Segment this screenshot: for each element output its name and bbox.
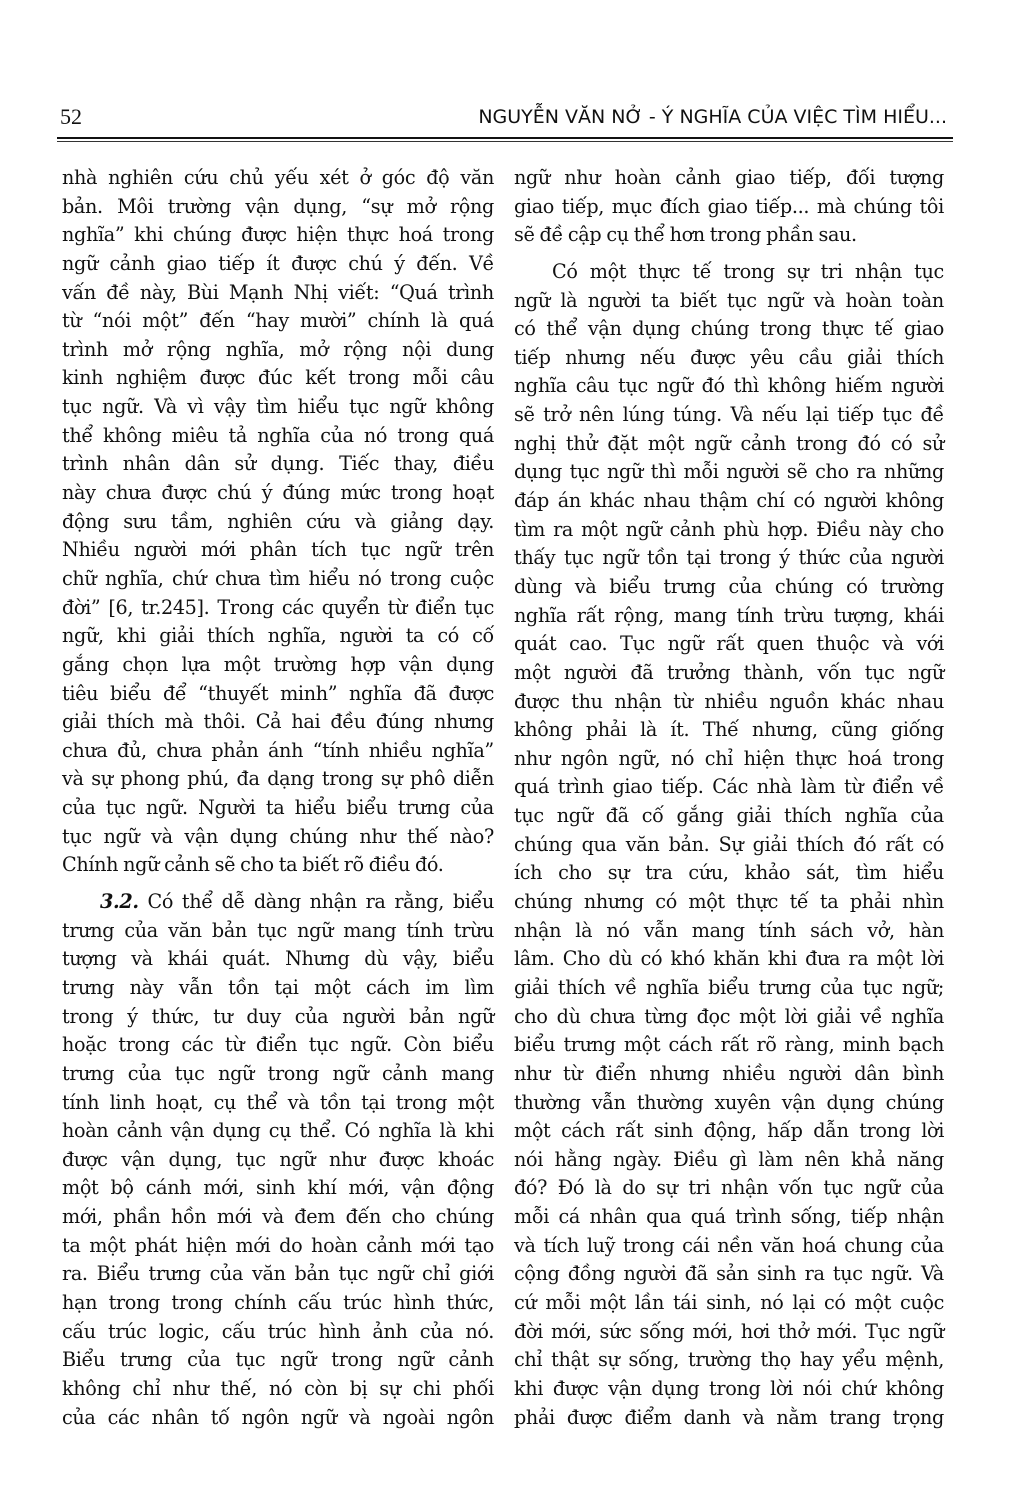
text-line: tụcngữ.Vàvìvậytìmhiểutụcngữkhông — [62, 393, 494, 422]
text-line: đó?Đólàdosựtrinhậnvốntụcngữcủa — [514, 1174, 944, 1203]
text-line: khôngphảilàít.Thếnhưng,cũnggiống — [514, 716, 944, 745]
text-line: vàtíchluỹtrongcáinềnvănhoáchungcủa — [514, 1232, 944, 1261]
text-line: hoàncảnhvậndụngcụthể.Cónghĩalàkhi — [62, 1117, 494, 1146]
paragraph-1: ngữnhưhoàncảnhgiaotiếp,đốitượnggiaotiếp,… — [514, 164, 944, 250]
text-line: nóihằngngày.Điềugìlàmnênkhảnăng — [514, 1146, 944, 1175]
text-line: bản.Môitrườngvậndụng,“sựmởrộng — [62, 193, 494, 222]
text-line: tiếpnhưngnếuđượcyêucầugiảithích — [514, 344, 944, 373]
text-line: vấnđềnày,BùiMạnhNhịviết:“Quátrình — [62, 279, 494, 308]
text-line: Nhiềungườimớiphântíchtụcngữtrên — [62, 536, 494, 565]
text-line: chỉthậtsựsống,trườngthọhayyểumệnh, — [514, 1346, 944, 1375]
text-line: quátrìnhgiaotiếp.Cácnhàlàmtừđiểnvề — [514, 773, 944, 802]
text-line: nhưtừđiểnnhưngnhiềungườidânbình — [514, 1060, 944, 1089]
text-line: củacácnhântốngônngữvàngoàingôn — [62, 1404, 494, 1433]
text-line: nhànghiêncứuchủyếuxétởgócđộvăn — [62, 164, 494, 193]
text-line: củatụcngữ.Ngườitahiểubiểutrưngcủa — [62, 794, 494, 823]
text-line: nhưngônngữ,nóchỉhiệnthựchoátrong — [514, 745, 944, 774]
text-line: trongýthức,tưduycủangườibảnngữ — [62, 1003, 494, 1032]
text-line: Biểutrưngcủatụcngữtrongngữcảnh — [62, 1346, 494, 1375]
text-line: thườngvẫnthườngxuyênvậndụngchúng — [514, 1089, 944, 1118]
text-line: khôngchỉnhưthế,nócònbịsựchiphối — [62, 1375, 494, 1404]
text-line: tínhlinhhoạt,cụthểvàtồntạitrongmột — [62, 1089, 494, 1118]
header-rule — [57, 137, 953, 139]
text-line: chưađủ,chưaphảnánh“tínhnhiềunghĩa” — [62, 737, 494, 766]
text-line: đờimới,sứcsốngmới,hơithởmới.Tụcngữ — [514, 1318, 944, 1347]
text-line: cộngđồngngườiđãsảnsinhratụcngữ.Và — [514, 1260, 944, 1289]
text-line: mới,phầnhồnmớivàđemđếnchochúng — [62, 1203, 494, 1232]
text-line: íchchosựtracứu,khảosát,tìmhiểu — [514, 859, 944, 888]
text-line: đời”[6,tr.245].Trongcácquyểntừđiểntục — [62, 594, 494, 623]
left-column: nhànghiêncứuchủyếuxétởgócđộvănbản.Môitrư… — [62, 164, 494, 1432]
text-line: nhậnlànóvẫnmangtínhsáchvở,hàn — [514, 917, 944, 946]
text-line: gắngchọnlựamộttrườnghợpvậndụng — [62, 651, 494, 680]
text-line: ngữnhưhoàncảnhgiaotiếp,đốitượng — [514, 164, 944, 193]
text-line: tụcngữđãcốgắnggiảithíchnghĩacủa — [514, 802, 944, 831]
text-line: trưngcủatụcngữtrongngữcảnhmang — [62, 1060, 494, 1089]
text-line: nghĩarấtrộng,mangtínhtrừutượng,khái — [514, 602, 944, 631]
text-line: độngsưutầm,nghiêncứuvàgiảngdạy. — [62, 508, 494, 537]
text-line: trìnhmởrộngnghĩa,mởrộngnộidung — [62, 336, 494, 365]
text-line: vàsựphongphú,đadạngtrongsựphôdiễn — [62, 765, 494, 794]
text-line: tamộtpháthiệnmớidohoàncảnhmớitạo — [62, 1232, 494, 1261]
text-line: nàychưađượcchúýđúngmứctronghoạt — [62, 479, 494, 508]
text-line: giảithíchmàthôi.Cảhaiđềuđúngnhưng — [62, 708, 494, 737]
paragraph-2: Cómộtthựctếtrongsựtrinhậntụcngữlàngườita… — [514, 258, 944, 1432]
text-line: ngữ,khigiảithíchnghĩa,ngườitacócố — [62, 622, 494, 651]
text-line: lâm.Chodùcókhókhănkhiđưaramộtlời — [514, 945, 944, 974]
text-line: trưngnàyvẫntồntạimộtcáchimlìm — [62, 974, 494, 1003]
text-line: sẽđềcậpcụthểhơntrongphầnsau. — [514, 221, 944, 250]
text-line: từ“nóimột”đến“haymười”chínhlàquá — [62, 307, 494, 336]
text-line: trưngcủavănbảntụcngữmangtínhtrừu — [62, 917, 494, 946]
text-line: tụcngữvàvậndụngchúngnhưthếnào? — [62, 823, 494, 852]
text-line: mộtbộcánhmới,sinhkhímới,vậnđộng — [62, 1174, 494, 1203]
text-line: Chínhngữcảnhsẽchotabiếtrõđiềuđó. — [62, 851, 494, 880]
text-line: tượngvàkháiquát.Nhưngdùvậy,biểu — [62, 945, 494, 974]
paragraph-continued: nhànghiêncứuchủyếuxétởgócđộvănbản.Môitrư… — [62, 164, 494, 880]
text-line: mỗicánhânquaquátrìnhsống,tiếpnhận — [514, 1203, 944, 1232]
page-number: 52 — [60, 104, 82, 130]
text-line: khiđượcvậndụngtronglờinóichứkhông — [514, 1375, 944, 1404]
section-lines: trưngcủavănbảntụcngữmangtínhtrừutượngvàk… — [62, 917, 494, 1433]
text-line: tiêubiểuđể“thuyếtminh”nghĩađãđược — [62, 680, 494, 709]
text-line: sẽtrởnênlúngtúng.Vànếulạitiếptụcđề — [514, 401, 944, 430]
text-line: biểutrưngmộtcáchrấtrõràng,minhbạch — [514, 1031, 944, 1060]
section-paragraph: 3.2. Cóthểdễdàngnhậnrarằng,biểu trưngcủa… — [62, 888, 494, 1432]
text-line: thấytụcngữtồntạitrongýthứccủangười — [514, 544, 944, 573]
text-line: cóthểvậndụngchúngtrongthựctếgiao — [514, 315, 944, 344]
text-line: ra.Biểutrưngcủavănbảntụcngữchỉgiới — [62, 1260, 494, 1289]
text-line: Cómộtthựctếtrongsựtrinhậntục — [514, 258, 944, 287]
text-line: chúngquavănbản.Sựgiảithíchđórấtcó — [514, 831, 944, 860]
text-line: giaotiếp,mụcđíchgiaotiếp...màchúngtôi — [514, 193, 944, 222]
text-line: nghịthửđặtmộtngữcảnhtrongđócósử — [514, 430, 944, 459]
text-line: thểkhôngmiêutảnghĩacủanótrongquá — [62, 422, 494, 451]
text-line: quátcao.Tụcngữrấtquenthuộcvàvới — [514, 630, 944, 659]
text-line: mộtcáchrấtsinhđộng,hấpdẫntronglời — [514, 1117, 944, 1146]
text-line: dụngtụcngữthìmỗingườisẽchoranhững — [514, 458, 944, 487]
text-line: hoặctrongcáctừđiểntụcngữ.Cònbiểu — [62, 1031, 494, 1060]
text-line: chúngnhưngcómộtthựctếtaphảinhìn — [514, 888, 944, 917]
text-line: nghĩa”khichúngđượchiệnthựchoátrong — [62, 221, 494, 250]
text-line: cấutrúclogic,cấutrúchìnhảnhcủanó. — [62, 1318, 494, 1347]
text-line: hạntrongtrongchínhcấutrúchìnhthức, — [62, 1289, 494, 1318]
text-line: đượcvậndụng,tụcngữnhưđượckhoác — [62, 1146, 494, 1175]
text-line: dùngvàbiểutrưngcủachúngcótrường — [514, 573, 944, 602]
header-rule-thin — [57, 141, 953, 142]
section-number: 3.2. — [100, 888, 139, 917]
text-line: tìmramộtngữcảnhphùhợp.Điềunàycho — [514, 516, 944, 545]
text-line: phảiđượcđiểmdanhvànằmtrangtrọng — [514, 1404, 944, 1433]
running-title: NGUYỄN VĂN NỞ - Ý NGHĨA CỦA VIỆC TÌM HIỂ… — [478, 106, 947, 128]
text-line: trìnhnhândânsửdụng.Tiếcthay,điều — [62, 450, 494, 479]
text-line: kinhnghiệmđượcđúckếttrongmỗicâu — [62, 364, 494, 393]
text-line: giảithíchvềnghĩabiểutrưngcủatụcngữ; — [514, 974, 944, 1003]
text-line: nghĩacâutụcngữđóthìkhônghiếmngười — [514, 372, 944, 401]
text-line: ngữlàngườitabiếttụcngữvàhoàntoàn — [514, 287, 944, 316]
text-line: đápánkhácnhauthậmchícóngườikhông — [514, 487, 944, 516]
text-line: đượcthunhậntừnhiềunguồnkhácnhau — [514, 688, 944, 717]
text-line: chodùchưatừngđọcmộtlờigiảivềnghĩa — [514, 1003, 944, 1032]
text-line: chữnghĩa,chứchưatìmhiểunótrongcuộc — [62, 565, 494, 594]
text-line: ngữcảnhgiaotiếpítđượcchúýđến.Về — [62, 250, 494, 279]
section-first-line: 3.2. Cóthểdễdàngnhậnrarằng,biểu — [62, 888, 494, 917]
right-column: ngữnhưhoàncảnhgiaotiếp,đốitượnggiaotiếp,… — [514, 164, 944, 1432]
text-line: cứmỗimộtlầntáisinh,nólạicómộtcuộc — [514, 1289, 944, 1318]
text-line: mộtngườiđãtrưởngthành,vốntụcngữ — [514, 659, 944, 688]
